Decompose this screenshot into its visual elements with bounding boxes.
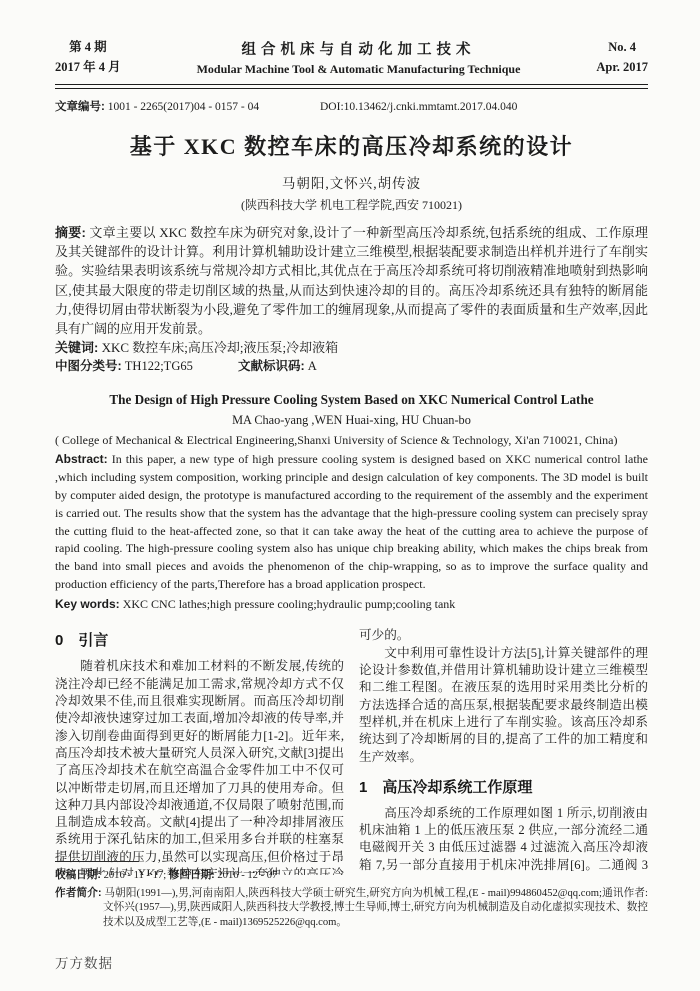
received-date-label: 收稿日期: [55,869,101,881]
paper-title-en: The Design of High Pressure Cooling Syst… [55,391,648,409]
header-divider [55,84,648,89]
abstract-cn-text: 文章主要以 XKC 数控车床为研究对象,设计了一种新型高压冷却系统,包括系统的组… [55,225,648,336]
journal-title-cn: 组合机床与自动化加工技术 [121,38,597,59]
revised-date-value: 2016 - 12 - 07 [217,870,277,881]
english-block: The Design of High Pressure Cooling Syst… [55,391,648,614]
author-bio: 作者简介: 马朝阳(1991—),男,河南南阳人,陕西科技大学硕士研究生,研究方… [55,886,648,931]
doi-value: DOI:10.13462/j.cnki.mmtamt.2017.04.040 [320,101,517,113]
journal-header: 第 4 期 2017 年 4 月 组合机床与自动化加工技术 Modular Ma… [55,38,648,77]
author-bio-label: 作者简介: [55,887,102,899]
keywords-en-label: Key words: [55,597,120,611]
section-0-heading: 0 引言 [55,629,344,650]
issue-number-cn: 第 4 期 [55,38,121,57]
dates-line: 收稿日期: 2016 - 11 - 17; 修回日期: 2016 - 12 - … [55,868,648,884]
issue-date-cn: 2017 年 4 月 [55,58,121,77]
section-1-heading: 1 高压冷却系统工作原理 [359,776,648,797]
article-id-label: 文章编号: [55,101,105,113]
revised-date-label: 修回日期: [169,869,215,881]
left-column: 0 引言 随着机床技术和难加工材料的不断发展,传统的浇注冷却已经不能满足加工需求… [55,627,344,875]
right-column: 可少的。 文中利用可靠性设计方法[5],计算关键部件的理论设计参数值,并借用计算… [359,627,648,875]
abstract-en-label: Abstract: [55,452,108,466]
body-columns: 0 引言 随着机床技术和难加工材料的不断发展,传统的浇注冷却已经不能满足加工需求… [55,627,648,875]
abstract-cn-label: 摘要: [55,225,86,240]
keywords-cn-text: XKC 数控车床;高压冷却;液压泵;冷却液箱 [102,340,339,355]
keywords-en: Key words: XKC CNC lathes;high pressure … [55,596,648,614]
header-issue-en: No. 4 Apr. 2017 [596,38,648,77]
journal-title-en: Modular Machine Tool & Automatic Manufac… [121,62,597,77]
journal-title-block: 组合机床与自动化加工技术 Modular Machine Tool & Auto… [121,38,597,77]
clc-row: 中图分类号: TH122;TG65 文献标识码: A [55,357,648,377]
section-0-paragraph: 随着机床技术和难加工材料的不断发展,传统的浇注冷却已经不能满足加工需求,常规冷却… [55,658,344,875]
author-bio-text: 马朝阳(1991—),男,河南南阳人,陕西科技大学硕士研究生,研究方向为机械工程… [103,888,648,928]
issue-date-en: Apr. 2017 [596,58,648,77]
keywords-cn: 关键词: XKC 数控车床;高压冷却;液压泵;冷却液箱 [55,338,648,357]
intro-paragraph-2: 文中利用可靠性设计方法[5],计算关键部件的理论设计参数值,并借用计算机辅助设计… [359,645,648,766]
abstract-en: Abstract: In this paper, a new type of h… [55,451,648,593]
clc-label: 中图分类号: [55,359,122,373]
article-id-value: 1001 - 2265(2017)04 - 0157 - 04 [108,101,259,113]
abstract-cn: 摘要: 文章主要以 XKC 数控车床为研究对象,设计了一种新型高压冷却系统,包括… [55,223,648,338]
authors-en: MA Chao-yang ,WEN Huai-xing, HU Chuan-bo [55,412,648,430]
wanfang-watermark: 万方数据 [55,952,113,972]
affiliation-cn: (陕西科技大学 机电工程学院,西安 710021) [55,196,648,213]
header-issue-cn: 第 4 期 2017 年 4 月 [55,38,121,77]
keywords-en-text: XKC CNC lathes;high pressure cooling;hyd… [123,597,456,611]
paper-title-cn: 基于 XKC 数控车床的高压冷却系统的设计 [55,130,648,161]
received-date-value: 2016 - 11 - 17; [104,870,167,881]
article-meta-row: 文章编号: 1001 - 2265(2017)04 - 0157 - 04 DO… [55,98,648,114]
doc-code-label: 文献标识码: [238,359,305,373]
paper-page: 第 4 期 2017 年 4 月 组合机床与自动化加工技术 Modular Ma… [0,0,700,991]
abstract-en-text: In this paper, a new type of high pressu… [55,452,648,591]
paragraph-continuation: 可少的。 [359,627,648,644]
footnote-divider [55,861,139,862]
footnote-block: 收稿日期: 2016 - 11 - 17; 修回日期: 2016 - 12 - … [55,861,648,930]
doc-code-value: A [308,359,317,373]
issue-number-en: No. 4 [596,38,648,57]
clc-value: TH122;TG65 [125,359,193,373]
affiliation-en: ( College of Mechanical & Electrical Eng… [55,432,648,450]
keywords-cn-label: 关键词: [55,340,98,355]
authors-cn: 马朝阳,文怀兴,胡传波 [55,172,648,192]
